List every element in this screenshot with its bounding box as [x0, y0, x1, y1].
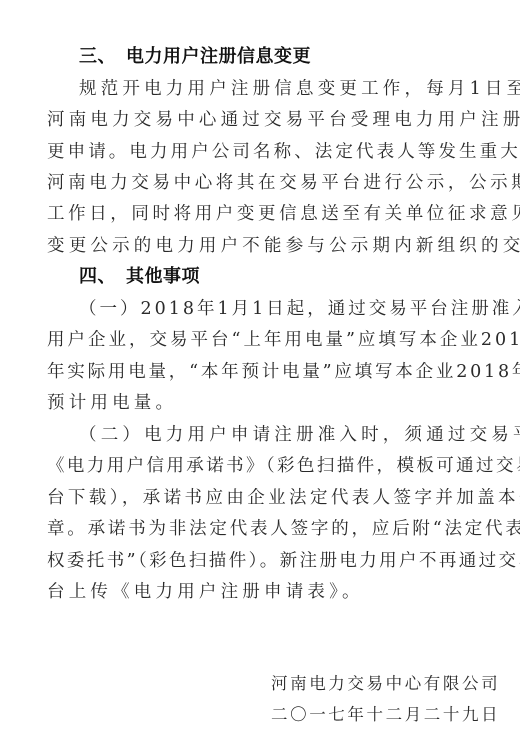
paragraph-line: 工作日，同时将用户变更信息送至有关单位征求意见，正在: [47, 202, 459, 226]
signature-date: 二〇一七年十二月二十九日: [271, 703, 500, 727]
paragraph-line: 变更公示的电力用户不能参与公示期内新组织的交易。: [47, 234, 459, 258]
paragraph-line: 权委托书”（彩色扫描件）。新注册电力用户不再通过交易平: [47, 549, 459, 573]
document-page: 三、电力用户注册信息变更 规范开电力用户注册信息变更工作，每月1日至10日， 河…: [0, 0, 520, 746]
paragraph-line: 章。承诺书为非法定代表人签字的，应后附“法定代表人授: [47, 517, 459, 541]
signature-organization: 河南电力交易中心有限公司: [271, 672, 500, 696]
paragraph-line: 《电力用户信用承诺书》（彩色扫描件，模板可通过交易平: [47, 454, 459, 478]
paragraph-line: 年实际用电量，“本年预计电量”应填写本企业2018年全年: [47, 360, 459, 384]
section-heading-4: 四、其他事项: [79, 264, 200, 290]
paragraph-line: 台上传《电力用户注册申请表》。: [47, 580, 459, 604]
paragraph-line: 河南电力交易中心将其在交易平台进行公示，公示期为10个: [47, 171, 459, 195]
section-number: 四、: [79, 266, 116, 287]
section-heading-3: 三、电力用户注册信息变更: [79, 44, 311, 70]
paragraph-line: （一）2018年1月1日起，通过交易平台注册准入的电力: [79, 297, 459, 321]
section-title: 电力用户注册信息变更: [126, 46, 311, 67]
section-title: 其他事项: [126, 266, 200, 287]
section-number: 三、: [79, 46, 116, 67]
paragraph-line: 预计用电量。: [47, 391, 459, 415]
paragraph-line: 河南电力交易中心通过交易平台受理电力用户注册信息变: [47, 108, 459, 132]
paragraph-line: 规范开电力用户注册信息变更工作，每月1日至10日，: [79, 77, 459, 101]
paragraph-line: 用户企业，交易平台“上年用电量”应填写本企业2017年全: [47, 328, 459, 352]
paragraph-line: 更申请。电力用户公司名称、法定代表人等发生重大变化的，: [47, 140, 459, 164]
paragraph-line: （二）电力用户申请注册准入时，须通过交易平台上传: [79, 423, 459, 447]
paragraph-line: 台下载），承诺书应由企业法定代表人签字并加盖本企业公: [47, 486, 459, 510]
